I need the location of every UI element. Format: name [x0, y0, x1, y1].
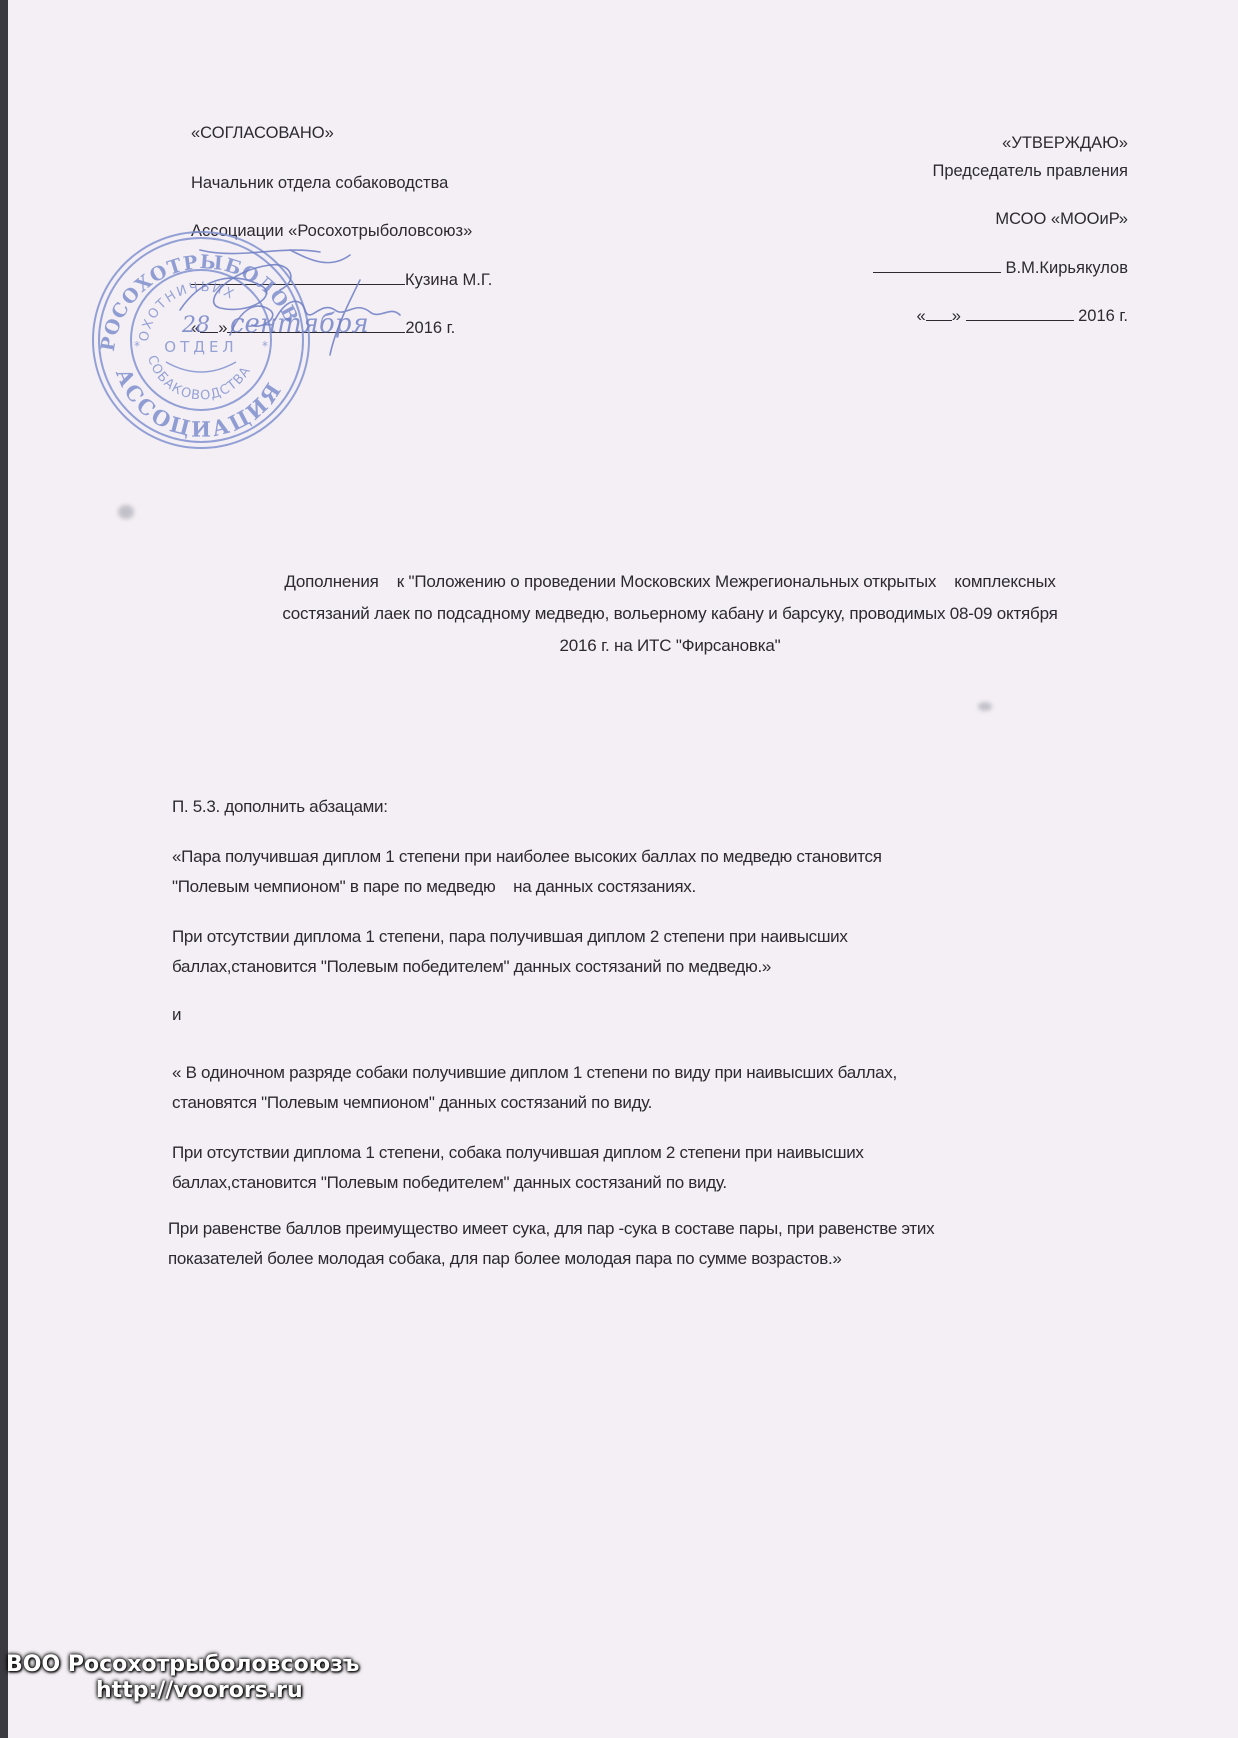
paragraph-2-line-2: баллах,становится "Полевым победителем" …	[172, 952, 1132, 982]
signature-blank	[873, 258, 1001, 273]
paragraph-3-line-2: становятся "Полевым чемпионом" данных со…	[172, 1088, 1132, 1118]
approval-right-date: «» 2016 г.	[917, 306, 1128, 326]
title-line-2: состязаний лаек по подсадному медведю, в…	[180, 598, 1160, 630]
paragraph-2-line-1: При отсутствии диплома 1 степени, пара п…	[172, 922, 1132, 952]
month-blank	[966, 306, 1074, 321]
paragraph-4: При отсутствии диплома 1 степени, собака…	[172, 1138, 1132, 1198]
date-close-quote: »	[952, 307, 961, 325]
paragraph-3-line-1: « В одиночном разряде собаки получившие …	[172, 1058, 1132, 1088]
date-open-quote: «	[917, 307, 926, 325]
handwritten-day: 28	[181, 313, 210, 338]
approval-right-signatory: В.М.Кирьякулов	[1005, 259, 1128, 277]
approval-right-signature-line: В.М.Кирьякулов	[873, 258, 1128, 278]
approval-right-heading: «УТВЕРЖДАЮ»	[1002, 134, 1128, 153]
approval-left-heading: «СОГЛАСОВАНО»	[191, 124, 334, 143]
scan-smudge	[978, 702, 992, 711]
paragraph-5-line-1: При равенстве баллов преимущество имеет …	[168, 1214, 1128, 1244]
paragraph-1-line-1: «Пара получившая диплом 1 степени при на…	[172, 842, 1132, 872]
paragraph-1-line-2: "Полевым чемпионом" в паре по медведю на…	[172, 872, 1132, 902]
approval-right-position: Председатель правления	[932, 162, 1128, 181]
day-blank	[926, 306, 952, 321]
title-line-1: Дополнения к "Положению о проведении Мос…	[180, 566, 1160, 598]
paragraph-5: При равенстве баллов преимущество имеет …	[168, 1214, 1128, 1274]
conjunction: и	[172, 1000, 1132, 1030]
site-watermark: ВОО Росохотрыболовсоюзъ http://voorors.r…	[6, 1652, 359, 1704]
watermark-org: ВОО Росохотрыболовсоюзъ	[6, 1652, 359, 1677]
approval-left-position: Начальник отдела собаководства	[191, 174, 448, 193]
paragraph-4-line-2: баллах,становится "Полевым победителем" …	[172, 1168, 1132, 1198]
paragraph-1: «Пара получившая диплом 1 степени при на…	[172, 842, 1132, 902]
paragraph-5-line-2: показателей более молодая собака, для па…	[168, 1244, 1128, 1274]
title-line-3: 2016 г. на ИТС "Фирсановка"	[180, 630, 1160, 662]
svg-text:*: *	[134, 339, 140, 353]
approval-right-year: 2016 г.	[1078, 307, 1128, 325]
handwritten-month: сентября	[230, 309, 369, 339]
scan-smudge	[118, 505, 134, 519]
handwritten-signature: 28 сентября	[160, 240, 420, 360]
paragraph-2: При отсутствии диплома 1 степени, пара п…	[172, 922, 1132, 982]
clause-intro: П. 5.3. дополнить абзацами:	[172, 792, 1132, 822]
document-title: Дополнения к "Положению о проведении Мос…	[180, 566, 1160, 662]
scan-edge	[0, 0, 8, 1738]
watermark-url: http://voorors.ru	[6, 1678, 359, 1704]
paragraph-3: « В одиночном разряде собаки получившие …	[172, 1058, 1132, 1118]
paragraph-4-line-1: При отсутствии диплома 1 степени, собака…	[172, 1138, 1132, 1168]
approval-right-organization: МСОО «МООиР»	[995, 210, 1128, 229]
